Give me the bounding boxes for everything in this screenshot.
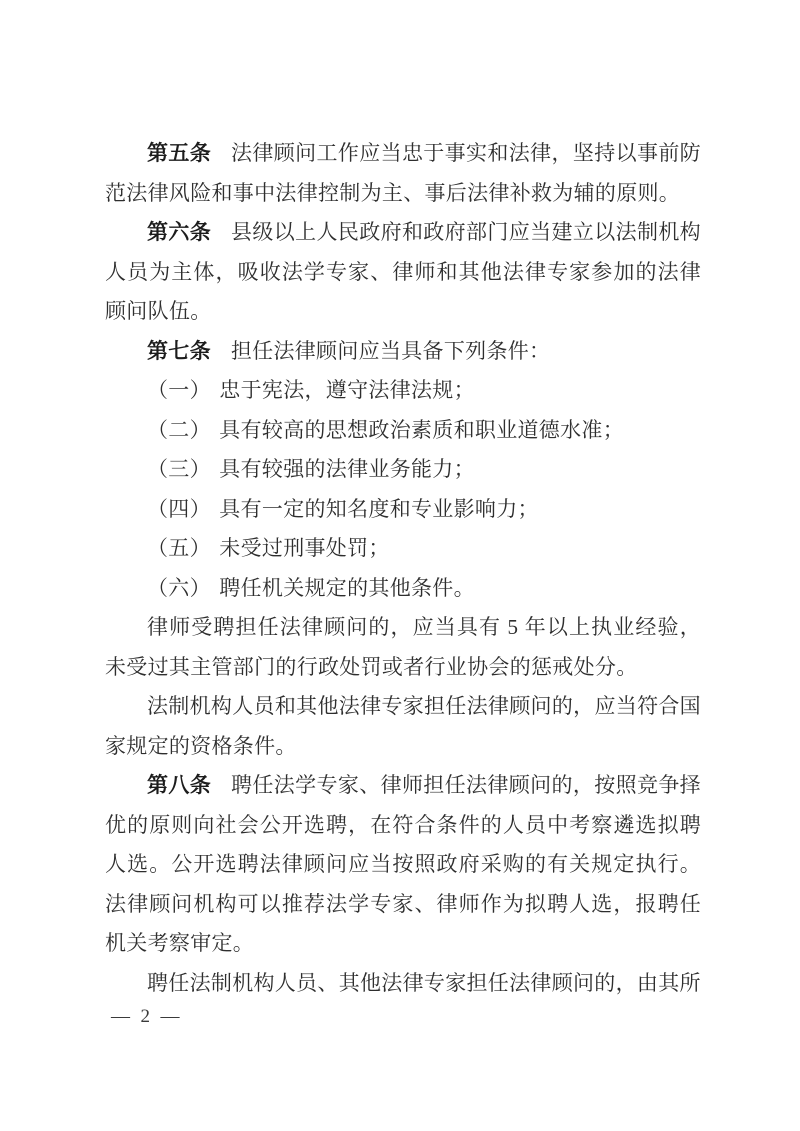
paragraph-text: 律师受聘担任法律顾问的，应当具有 5 年以上执业经验，未受过其主管部门的行政处罚… (105, 615, 701, 679)
document-body: 第五条法律顾问工作应当忠于事实和法律，坚持以事前防范法律风险和事中法律控制为主、… (105, 134, 701, 1003)
article-number: 第五条 (147, 141, 211, 165)
document-page: 第五条法律顾问工作应当忠于事实和法律，坚持以事前防范法律风险和事中法律控制为主、… (0, 0, 800, 1131)
item-number: （一） (147, 378, 211, 402)
paragraph: 律师受聘担任法律顾问的，应当具有 5 年以上执业经验，未受过其主管部门的行政处罚… (105, 608, 701, 687)
article-number: 第七条 (147, 339, 211, 363)
paragraph-text: 聘任法学专家、律师担任法律顾问的，按照竞争择优的原则向社会公开选聘，在符合条件的… (105, 773, 701, 955)
list-item-paragraph: （二）具有较高的思想政治素质和职业道德水准； (105, 411, 701, 451)
article-paragraph: 第五条法律顾问工作应当忠于事实和法律，坚持以事前防范法律风险和事中法律控制为主、… (105, 134, 701, 213)
list-item-paragraph: （三）具有较强的法律业务能力； (105, 450, 701, 490)
paragraph-text: 聘任法制机构人员、其他法律专家担任法律顾问的，由其所 (147, 971, 701, 995)
article-paragraph: 第六条县级以上人民政府和政府部门应当建立以法制机构人员为主体，吸收法学专家、律师… (105, 213, 701, 332)
list-item-paragraph: （五）未受过刑事处罚； (105, 529, 701, 569)
paragraph: 聘任法制机构人员、其他法律专家担任法律顾问的，由其所 (105, 964, 701, 1004)
paragraph-text: 未受过刑事处罚； (219, 536, 389, 560)
list-item-paragraph: （六）聘任机关规定的其他条件。 (105, 569, 701, 609)
article-number: 第八条 (147, 773, 211, 797)
paragraph-text: 具有较强的法律业务能力； (219, 457, 475, 481)
item-number: （二） (147, 418, 211, 442)
item-number: （四） (147, 497, 211, 521)
paragraph-text: 聘任机关规定的其他条件。 (219, 576, 475, 600)
paragraph-text: 担任法律顾问应当具备下列条件： (231, 339, 551, 363)
item-number: （五） (147, 536, 211, 560)
article-paragraph: 第八条聘任法学专家、律师担任法律顾问的，按照竞争择优的原则向社会公开选聘，在符合… (105, 766, 701, 964)
paragraph: 法制机构人员和其他法律专家担任法律顾问的，应当符合国家规定的资格条件。 (105, 687, 701, 766)
footer-left-dash: — (111, 1006, 131, 1028)
article-paragraph: 第七条担任法律顾问应当具备下列条件： (105, 332, 701, 372)
article-number: 第六条 (147, 220, 211, 244)
paragraph-text: 法制机构人员和其他法律专家担任法律顾问的，应当符合国家规定的资格条件。 (105, 694, 701, 758)
item-number: （三） (147, 457, 211, 481)
list-item-paragraph: （一）忠于宪法，遵守法律法规； (105, 371, 701, 411)
paragraph-text: 具有一定的知名度和专业影响力； (219, 497, 539, 521)
item-number: （六） (147, 576, 211, 600)
page-number: 2 (141, 1006, 151, 1028)
list-item-paragraph: （四）具有一定的知名度和专业影响力； (105, 490, 701, 530)
page-footer: — 2 — (111, 1006, 180, 1028)
footer-right-dash: — (161, 1006, 181, 1028)
paragraph-text: 忠于宪法，遵守法律法规； (219, 378, 475, 402)
paragraph-text: 具有较高的思想政治素质和职业道德水准； (219, 418, 624, 442)
